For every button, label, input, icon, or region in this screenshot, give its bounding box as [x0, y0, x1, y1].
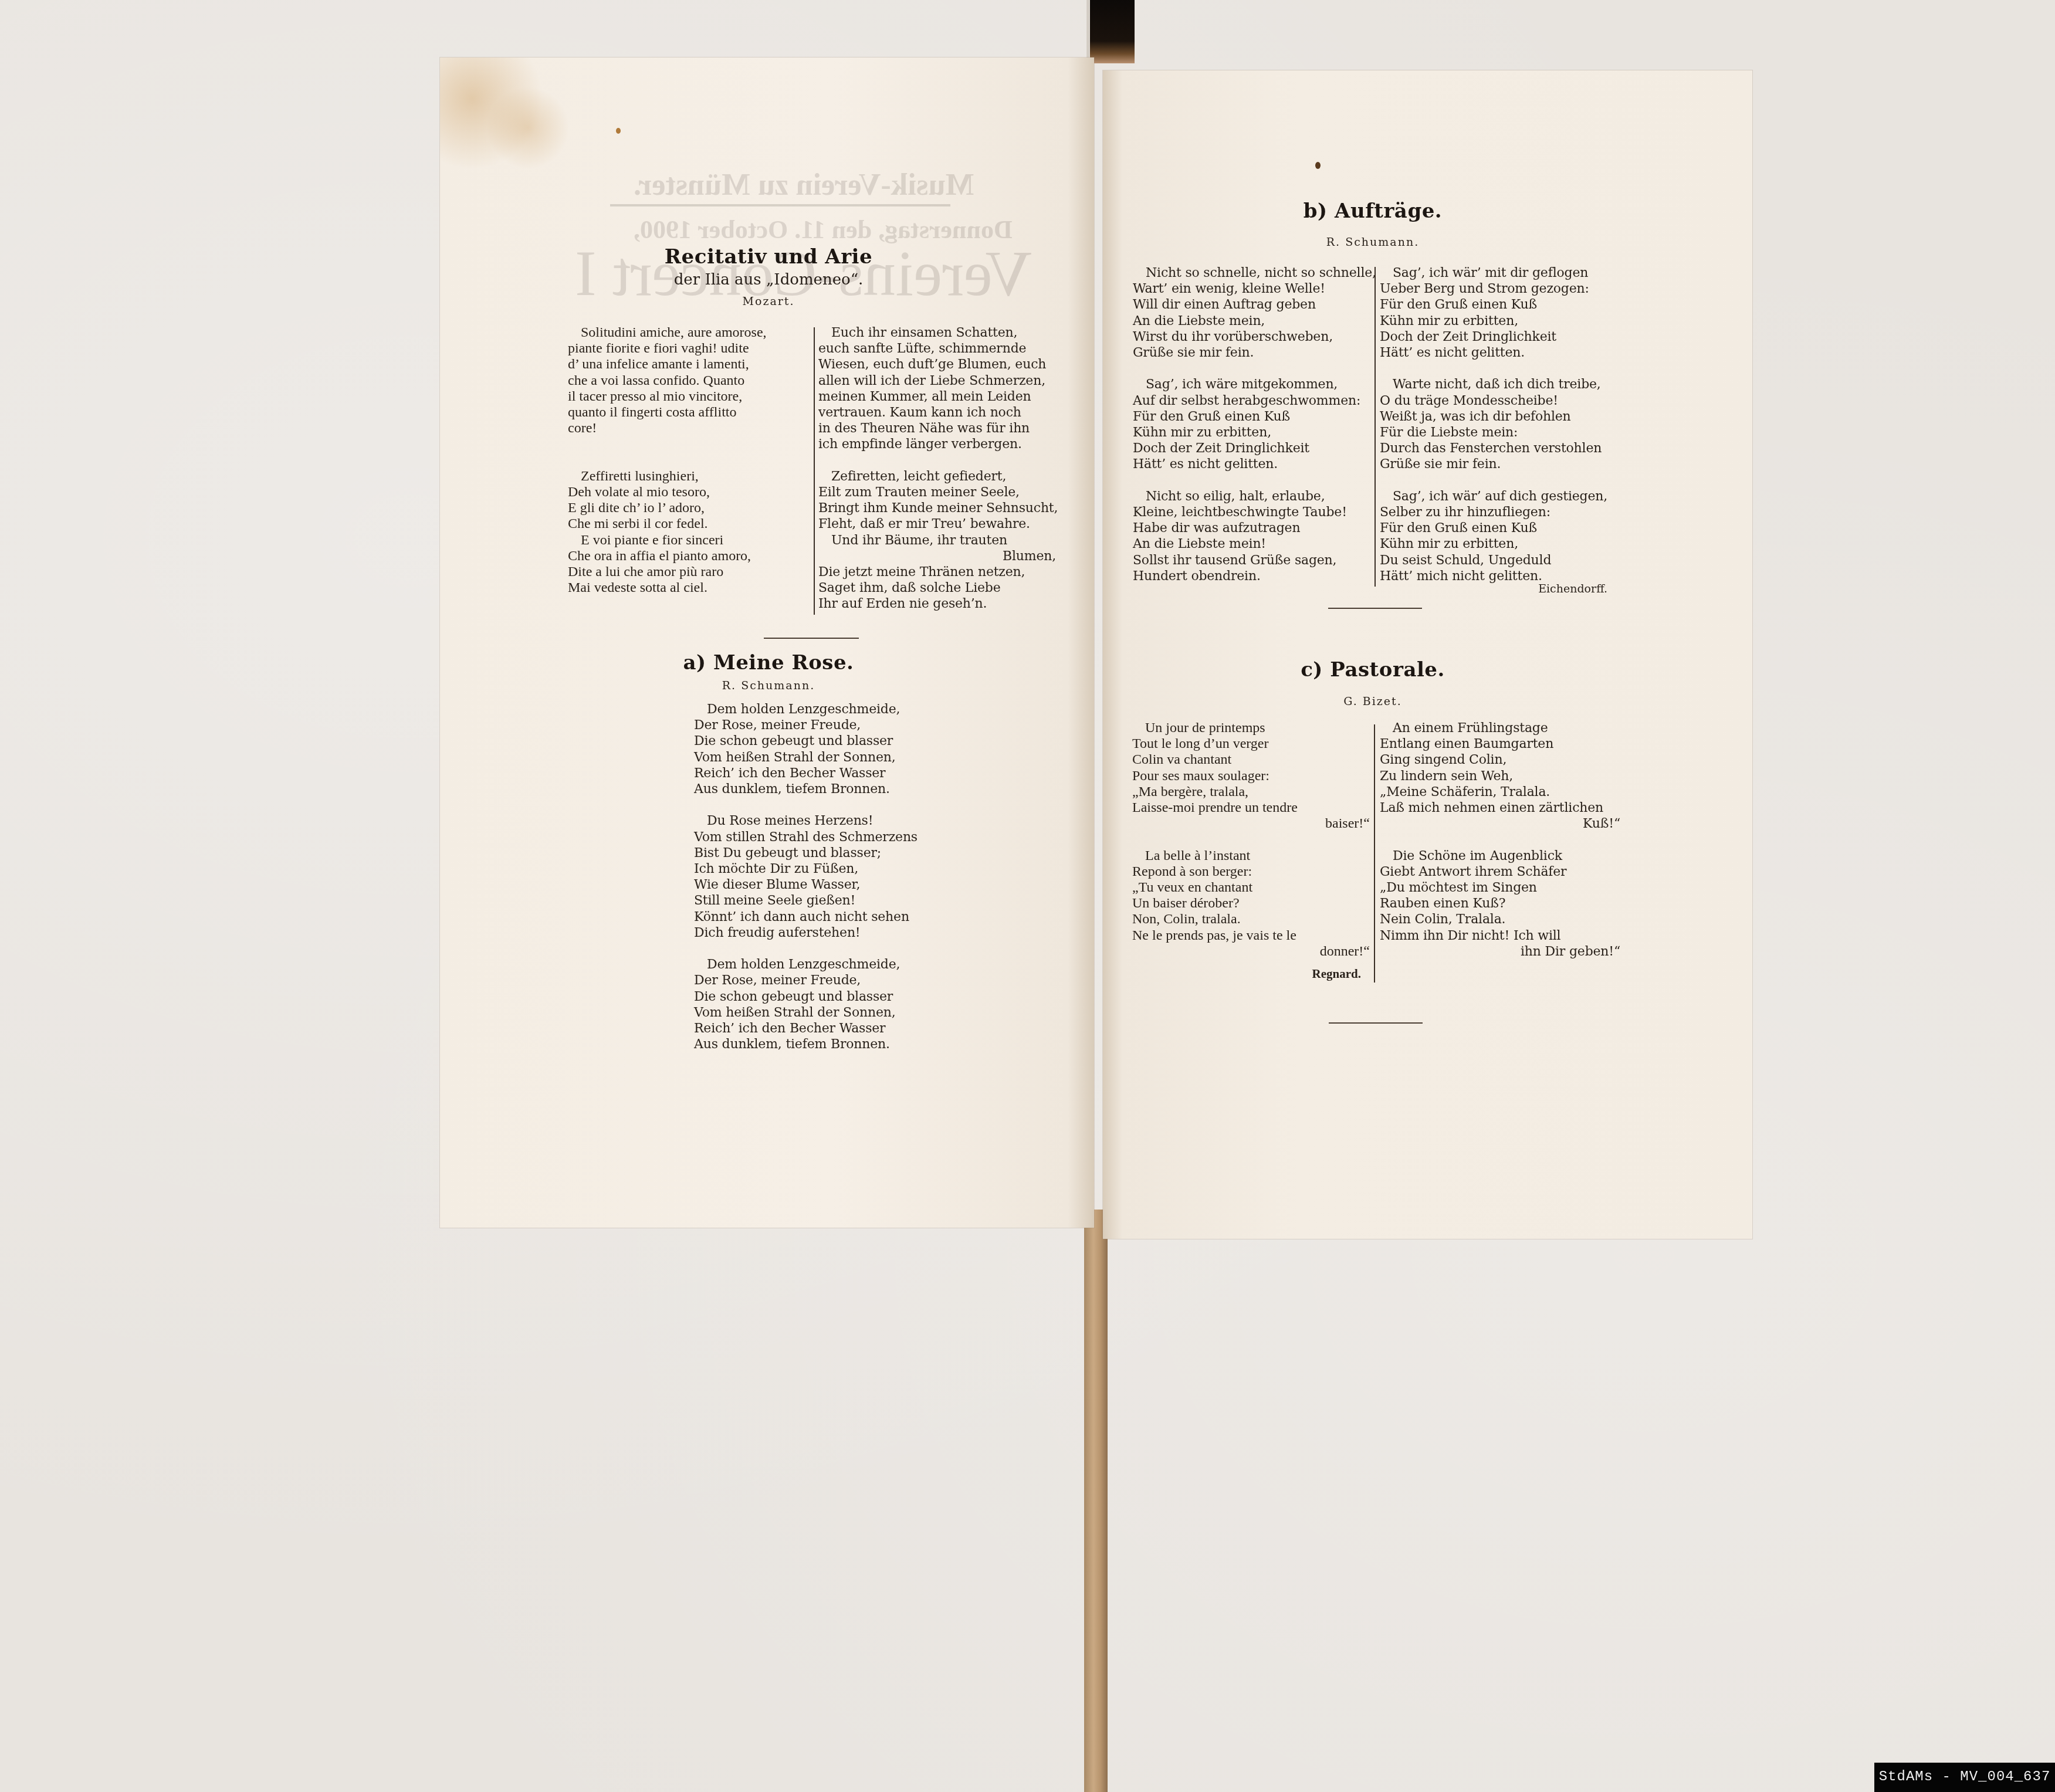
verse-line: Weißt ja, was ich dir befohlen: [1380, 409, 1620, 425]
verse-line: E voi piante e fior sinceri: [568, 533, 810, 548]
verse-line: Un jour de printemps: [1132, 720, 1370, 736]
verse-line: Nicht so eilig, halt, erlaube,: [1133, 489, 1370, 504]
recitativ-composer: Mozart.: [593, 295, 944, 308]
auftraege-right-column: Sag’, ich wär’ mit dir geflogenUeber Ber…: [1380, 265, 1620, 584]
verse-line: Für die Liebste mein:: [1380, 425, 1620, 441]
auftraege-title: b) Aufträge.: [1255, 199, 1490, 223]
verse-line: Zu lindern sein Weh,: [1380, 768, 1620, 784]
verse-line: Könnt’ ich dann auch nicht sehen: [694, 909, 952, 925]
spine-gap-top: [1090, 0, 1135, 63]
spine-gap-bottom: [1084, 1210, 1108, 1792]
verse-line: Reich’ ich den Becher Wasser: [694, 765, 952, 781]
verse-line: Kühn mir zu erbitten,: [1133, 425, 1370, 441]
verse-line: La belle à l’instant: [1132, 848, 1370, 864]
meine-rose-text: Dem holden Lenzgeschmeide,Der Rose, mein…: [694, 702, 952, 1052]
verse-line: Still meine Seele gießen!: [694, 893, 952, 909]
verse-line: E gli dite ch’ io l’ adoro,: [568, 500, 810, 516]
column-divider: [1374, 267, 1376, 587]
verse-line: Nimm ihn Dir nicht! Ich will: [1380, 928, 1620, 944]
verse-line: Nein Colin, Tralala.: [1380, 912, 1620, 927]
verse-line: Für den Gruß einen Kuß: [1380, 297, 1620, 313]
stanza-gap: [1133, 473, 1370, 489]
verse-line: Will dir einen Auftrag geben: [1133, 297, 1370, 313]
verse-line: Ihr auf Erden nie geseh’n.: [818, 596, 1056, 612]
verse-line: ich empfinde länger verbergen.: [818, 436, 1056, 452]
verse-line: Für den Gruß einen Kuß: [1380, 520, 1620, 536]
verse-line: Sag’, ich wär’ auf dich gestiegen,: [1380, 489, 1620, 504]
closing-divider: [1329, 1022, 1423, 1024]
verse-line: Bist Du gebeugt und blasser;: [694, 845, 952, 861]
verse-line: Du Rose meines Herzens!: [694, 813, 952, 829]
verse-line: Reich’ ich den Becher Wasser: [694, 1021, 952, 1036]
verse-line: Laisse-moi prendre un tendre: [1132, 800, 1370, 816]
verse-line: Laß mich nehmen einen zärtlichen: [1380, 800, 1620, 816]
verse-line: Zefiretten, leicht gefiedert,: [818, 469, 1056, 485]
verse-line: d’ una infelice amante i lamenti,: [568, 357, 810, 372]
verse-line: Fleht, daß er mir Treu’ bewahre.: [818, 516, 1056, 532]
verse-line: „Meine Schäferin, Tralala.: [1380, 784, 1620, 800]
verse-line: Ging singend Colin,: [1380, 752, 1620, 768]
verse-line: Blumen,: [818, 548, 1056, 564]
verse-line: Kleine, leichtbeschwingte Taube!: [1133, 504, 1370, 520]
verse-line: Che mi serbi il cor fedel.: [568, 516, 810, 532]
stanza-gap: [1380, 473, 1620, 489]
stanza-gap: [818, 453, 1056, 469]
meine-rose-title: a) Meine Rose.: [651, 651, 886, 675]
verse-line: Aus dunklem, tiefem Bronnen.: [694, 1036, 952, 1052]
verse-line: Rauben einen Kuß?: [1380, 896, 1620, 912]
verse-line: Kuß!“: [1380, 816, 1620, 832]
verse-line: Hätt’ mich nicht gelitten.: [1380, 568, 1620, 584]
verse-line: „Tu veux en chantant: [1132, 880, 1370, 896]
verse-line: Solitudini amiche, aure amorose,: [568, 325, 810, 341]
verse-line: Kühn mir zu erbitten,: [1380, 313, 1620, 329]
verse-line: Zeffiretti lusinghieri,: [568, 469, 810, 485]
verse-line: Warte nicht, daß ich dich treibe,: [1380, 377, 1620, 392]
verse-line: ihn Dir geben!“: [1380, 944, 1620, 960]
pastorale-french-column: Un jour de printempsTout le long d’un ve…: [1132, 720, 1370, 960]
verse-line: in des Theuren Nähe was für ihn: [818, 421, 1056, 436]
verse-line: An einem Frühlingstage: [1380, 720, 1620, 736]
verse-line: Und ihr Bäume, ihr trauten: [818, 533, 1056, 548]
verse-line: Ueber Berg und Strom gezogen:: [1380, 281, 1620, 297]
verse-line: Non, Colin, tralala.: [1132, 912, 1370, 927]
verse-line: Grüße sie mir fein.: [1133, 345, 1370, 361]
verse-line: Hundert obendrein.: [1133, 568, 1370, 584]
verse-line: Euch ihr einsamen Schatten,: [818, 325, 1056, 341]
show-through-heading: Musik-Verein zu Münster.: [634, 168, 974, 202]
verse-line: Grüße sie mir fein.: [1380, 456, 1620, 472]
verse-line: Bringt ihm Kunde meiner Sehnsucht,: [818, 500, 1056, 516]
verse-line: Wiesen, euch duft’ge Blumen, euch: [818, 357, 1056, 372]
stanza-gap: [568, 436, 810, 452]
section-divider: [764, 638, 859, 639]
verse-line: Pour ses maux soulager:: [1132, 768, 1370, 784]
verse-line: Für den Gruß einen Kuß: [1133, 409, 1370, 425]
verse-line: Die Schöne im Augenblick: [1380, 848, 1620, 864]
archive-label: StdAMs - MV_004_637: [1874, 1763, 2055, 1792]
section-divider: [1328, 608, 1422, 609]
verse-line: baiser!“: [1132, 816, 1370, 832]
column-divider: [814, 327, 815, 615]
verse-line: Giebt Antwort ihrem Schäfer: [1380, 864, 1620, 880]
verse-line: Du seist Schuld, Ungeduld: [1380, 553, 1620, 568]
verse-line: Selber zu ihr hinzufliegen:: [1380, 504, 1620, 520]
meine-rose-composer: R. Schumann.: [651, 679, 886, 692]
auftraege-poet: Eichendorff.: [1502, 582, 1607, 595]
verse-line: il tacer presso al mio vincitore,: [568, 389, 810, 405]
recitativ-subtitle: der Ilia aus „Idomeneo“.: [593, 271, 944, 289]
verse-line: „Ma bergère, tralala,: [1132, 784, 1370, 800]
verse-line: Tout le long d’un verger: [1132, 736, 1370, 752]
verse-line: piante fiorite e fiori vaghi! udite: [568, 341, 810, 357]
verse-line: Die schon gebeugt und blasser: [694, 733, 952, 749]
verse-line: Ich möchte Dir zu Füßen,: [694, 861, 952, 877]
verse-line: Wart’ ein wenig, kleine Welle!: [1133, 281, 1370, 297]
verse-line: euch sanfte Lüfte, schimmernde: [818, 341, 1056, 357]
verse-line: core!: [568, 421, 810, 436]
verse-line: meinen Kummer, all mein Leiden: [818, 389, 1056, 405]
pastorale-poet: Regnard.: [1267, 967, 1361, 981]
verse-line: Deh volate al mio tesoro,: [568, 485, 810, 500]
column-divider: [1374, 724, 1375, 983]
verse-line: O du träge Mondesscheibe!: [1380, 393, 1620, 409]
stanza-gap: [1380, 361, 1620, 377]
verse-line: Auf dir selbst herabgeschwommen:: [1133, 393, 1370, 409]
stanza-gap: [1380, 832, 1620, 848]
pastorale-title: c) Pastorale.: [1255, 658, 1490, 682]
stanza-gap: [1133, 361, 1370, 377]
verse-line: Dem holden Lenzgeschmeide,: [694, 957, 952, 973]
auftraege-left-column: Nicht so schnelle, nicht so schnelle,War…: [1133, 265, 1370, 584]
verse-line: Wie dieser Blume Wasser,: [694, 877, 952, 893]
show-through-rule: [610, 204, 950, 206]
verse-line: Dem holden Lenzgeschmeide,: [694, 702, 952, 717]
verse-line: Hätt’ es nicht gelitten.: [1133, 456, 1370, 472]
verse-line: allen will ich der Liebe Schmerzen,: [818, 373, 1056, 389]
stanza-gap: [1132, 832, 1370, 848]
verse-line: Eilt zum Trauten meiner Seele,: [818, 485, 1056, 500]
verse-line: Der Rose, meiner Freude,: [694, 717, 952, 733]
verse-line: Sollst ihr tausend Grüße sagen,: [1133, 553, 1370, 568]
ink-spot: [616, 128, 621, 134]
recitativ-german-column: Euch ihr einsamen Schatten,euch sanfte L…: [818, 325, 1056, 612]
verse-line: Dite a lui che amor più raro: [568, 564, 810, 580]
verse-line: Doch der Zeit Dringlichkeit: [1133, 441, 1370, 456]
verse-line: Habe dir was aufzutragen: [1133, 520, 1370, 536]
verse-line: donner!“: [1132, 944, 1370, 960]
verse-line: Nicht so schnelle, nicht so schnelle,: [1133, 265, 1370, 281]
verse-line: Vom heißen Strahl der Sonnen,: [694, 1005, 952, 1021]
stanza-gap: [694, 797, 952, 813]
stanza-gap: [568, 453, 810, 469]
verse-line: Che ora in affia el pianto amoro,: [568, 548, 810, 564]
verse-line: Kühn mir zu erbitten,: [1380, 536, 1620, 552]
verse-line: Colin va chantant: [1132, 752, 1370, 768]
verse-line: vertrauen. Kaum kann ich noch: [818, 405, 1056, 421]
verse-line: „Du möchtest im Singen: [1380, 880, 1620, 896]
verse-line: Mai vedeste sotta al ciel.: [568, 580, 810, 596]
verse-line: Sag’, ich wäre mitgekommen,: [1133, 377, 1370, 392]
recitativ-italian-column: Solitudini amiche, aure amorose,piante f…: [568, 325, 810, 596]
verse-line: Un baiser dérober?: [1132, 896, 1370, 912]
verse-line: Dich freudig auferstehen!: [694, 925, 952, 941]
pastorale-german-column: An einem FrühlingstageEntlang einen Baum…: [1380, 720, 1620, 960]
verse-line: Entlang einen Baumgarten: [1380, 736, 1620, 752]
verse-line: Die schon gebeugt und blasser: [694, 989, 952, 1005]
verse-line: che a voi lassa confido. Quanto: [568, 373, 810, 389]
verse-line: Doch der Zeit Dringlichkeit: [1380, 329, 1620, 345]
pastorale-composer: G. Bizet.: [1255, 695, 1490, 708]
verse-line: Repond à son berger:: [1132, 864, 1370, 880]
verse-line: quanto il fingerti costa afflitto: [568, 405, 810, 421]
verse-line: Aus dunklem, tiefem Bronnen.: [694, 781, 952, 797]
verse-line: Vom stillen Strahl des Schmerzens: [694, 829, 952, 845]
verse-line: Der Rose, meiner Freude,: [694, 973, 952, 988]
verse-line: Saget ihm, daß solche Liebe: [818, 580, 1056, 596]
stanza-gap: [694, 941, 952, 957]
verse-line: Durch das Fensterchen verstohlen: [1380, 441, 1620, 456]
verse-line: Vom heißen Strahl der Sonnen,: [694, 750, 952, 765]
verse-line: Sag’, ich wär’ mit dir geflogen: [1380, 265, 1620, 281]
verse-line: Ne le prends pas, je vais te le: [1132, 928, 1370, 944]
verse-line: Die jetzt meine Thränen netzen,: [818, 564, 1056, 580]
ink-spot: [1315, 162, 1321, 169]
verse-line: Hätt’ es nicht gelitten.: [1380, 345, 1620, 361]
recitativ-title: Recitativ und Arie: [593, 245, 944, 269]
verse-line: An die Liebste mein!: [1133, 536, 1370, 552]
verse-line: An die Liebste mein,: [1133, 313, 1370, 329]
auftraege-composer: R. Schumann.: [1255, 236, 1490, 249]
verse-line: Wirst du ihr vorüberschweben,: [1133, 329, 1370, 345]
